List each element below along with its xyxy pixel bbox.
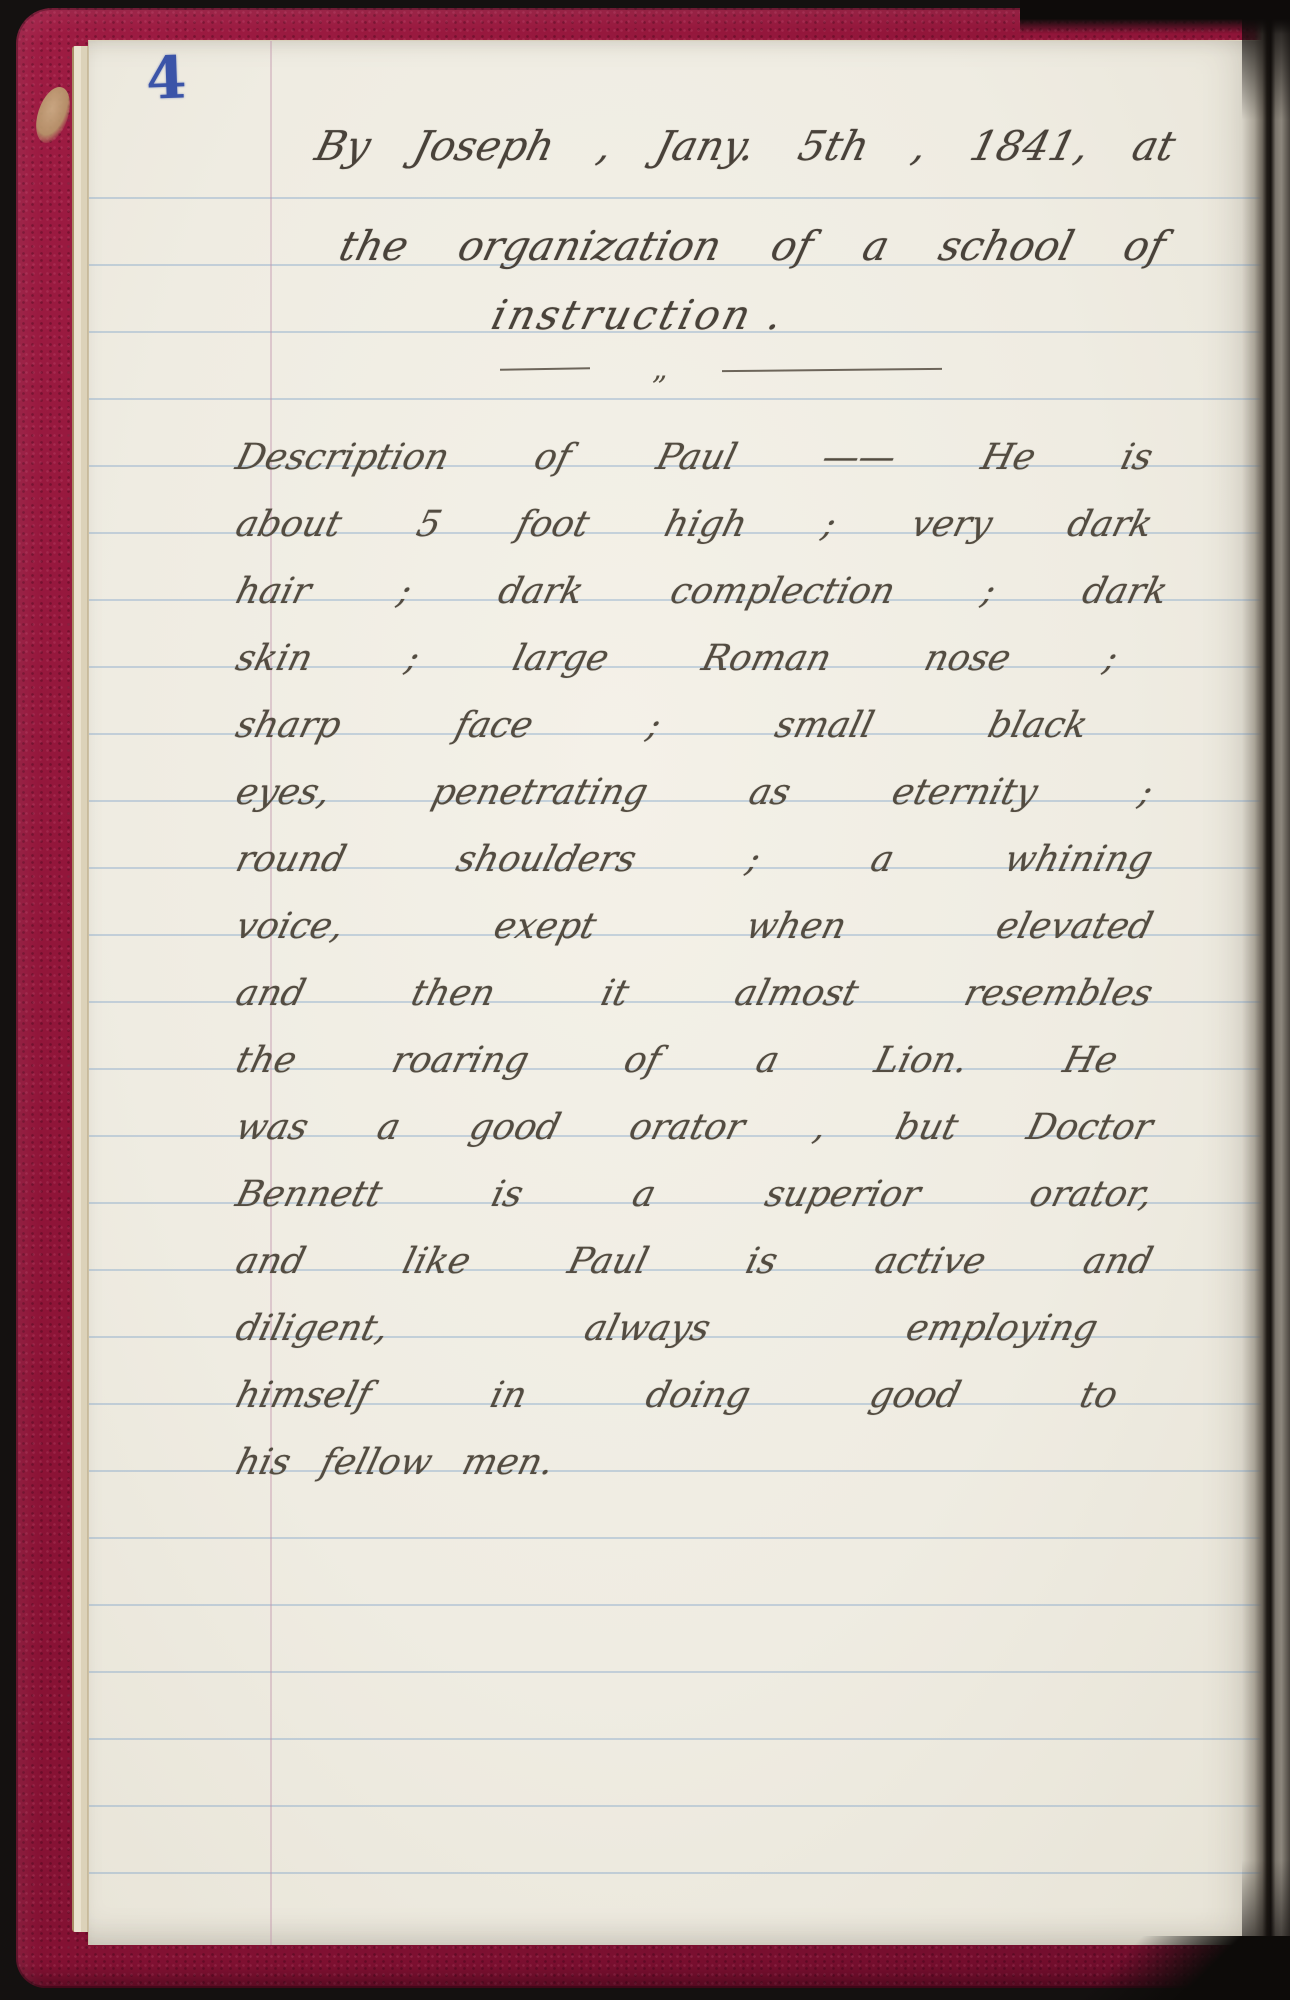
body-line: skin ; large Roman nose ; xyxy=(228,627,1125,694)
body-line: sharp face ; small black xyxy=(228,694,1095,761)
body-line: and then it almost resembles xyxy=(228,962,1160,1029)
heading-line-3: instruction . xyxy=(408,284,869,346)
body-line: himself in doing good to xyxy=(228,1364,1125,1431)
body-line: the roaring of a Lion. He xyxy=(228,1029,1125,1096)
body-line: round shoulders ; a whining xyxy=(228,828,1160,895)
body-line: Description of Paul —— He is xyxy=(228,426,1160,493)
body-line: hair ; dark complection ; dark xyxy=(228,560,1175,627)
body-line: Bennett is a superior orator, xyxy=(228,1163,1160,1230)
heading-line-2: the organization of a school of xyxy=(332,212,1173,280)
body-line: and like Paul is active and xyxy=(228,1230,1160,1297)
gutter-shade-overlay xyxy=(1242,0,1290,2000)
body-line: was a good orator , but Doctor xyxy=(228,1096,1160,1163)
photo-backdrop: 4 By Joseph , Jany. 5th , 1841, at the o… xyxy=(0,0,1290,2000)
divider-dash-left xyxy=(500,367,590,371)
body-line: voice, exept when elevated xyxy=(228,895,1160,962)
section-divider: „ xyxy=(500,360,960,380)
body-line: eyes, penetrating as eternity ; xyxy=(228,761,1160,828)
divider-quote-mark: „ xyxy=(652,352,668,387)
heading-line-1: By Joseph , Jany. 5th , 1841, at xyxy=(308,112,1183,180)
body-line: about 5 foot high ; very dark xyxy=(228,493,1160,560)
body-line: his fellow men. xyxy=(228,1431,1185,1498)
page-number-stamp: 4 xyxy=(145,43,188,112)
divider-dash-right xyxy=(722,368,942,372)
body-line: diligent, always employing xyxy=(228,1297,1105,1364)
bottom-right-dark-corner xyxy=(1060,1936,1290,2000)
manuscript-body: Description of Paul —— He is about 5 foo… xyxy=(228,426,1168,1498)
top-right-dark-corner xyxy=(1020,0,1290,34)
